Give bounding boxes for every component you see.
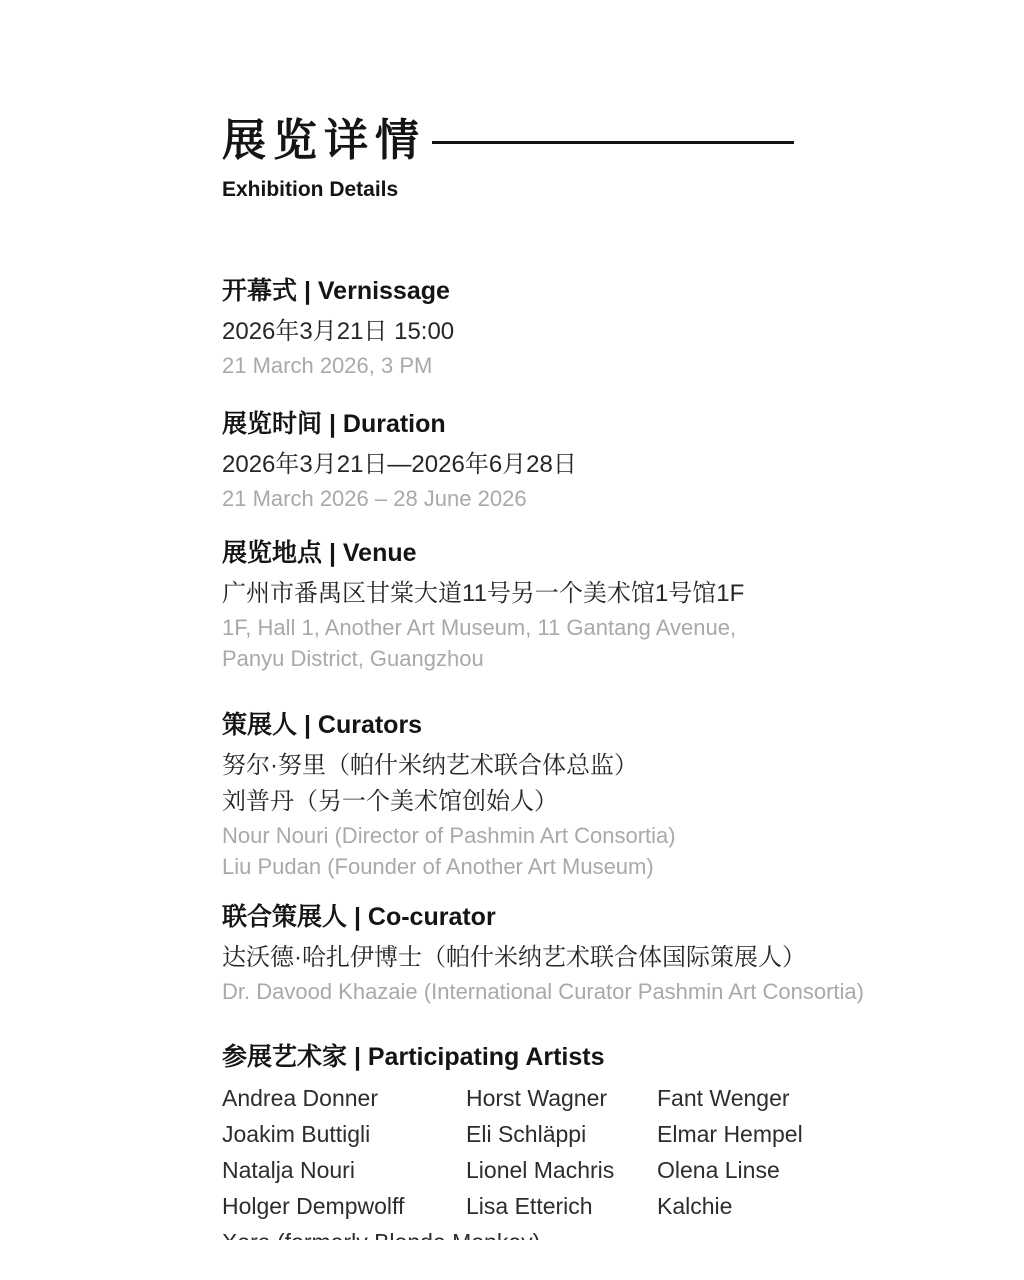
artist-name: Eli Schläppi <box>466 1116 657 1152</box>
venue-address-en-line2: Panyu District, Guangzhou <box>222 643 842 674</box>
title-row: 展览详情 <box>222 118 842 164</box>
content-column: 展览详情 Exhibition Details 开幕式 | Vernissage… <box>222 118 842 1240</box>
section-curators: 策展人 | Curators 努尔·努里（帕什米纳艺术联合体总监） 刘普丹（另一… <box>222 710 842 882</box>
page-title-zh: 展览详情 <box>222 118 426 164</box>
page-header: 展览详情 Exhibition Details <box>222 118 842 202</box>
artist-name-clipped: Xara (formerly Blonde Monkey) <box>222 1224 842 1240</box>
venue-address-en-line1: 1F, Hall 1, Another Art Museum, 11 Ganta… <box>222 612 842 643</box>
section-cocurator: 联合策展人 | Co-curator 达沃德·哈扎伊博士（帕什米纳艺术联合体国际… <box>222 902 842 1007</box>
vernissage-date-zh: 2026年3月21日 15:00 <box>222 314 842 350</box>
venue-address-zh: 广州市番禺区甘棠大道11号另一个美术馆1号馆1F <box>222 576 842 612</box>
artist-name: Andrea Donner <box>222 1080 466 1116</box>
curator-2-zh: 刘普丹（另一个美术馆创始人） <box>222 784 842 820</box>
artist-name: Joakim Buttigli <box>222 1116 466 1152</box>
artist-name: Horst Wagner <box>466 1080 657 1116</box>
vernissage-heading: 开幕式 | Vernissage <box>222 276 842 306</box>
cocurator-zh: 达沃德·哈扎伊博士（帕什米纳艺术联合体国际策展人） <box>222 940 842 976</box>
section-artists: 参展艺术家 | Participating Artists Andrea Don… <box>222 1042 842 1240</box>
artist-name: Natalja Nouri <box>222 1152 466 1188</box>
title-rule <box>432 141 794 144</box>
curators-heading: 策展人 | Curators <box>222 710 842 740</box>
artist-name: Fant Wenger <box>657 1080 842 1116</box>
artist-name: Olena Linse <box>657 1152 842 1188</box>
section-duration: 展览时间 | Duration 2026年3月21日—2026年6月28日 21… <box>222 409 842 514</box>
vernissage-date-en: 21 March 2026, 3 PM <box>222 350 842 381</box>
cocurator-en: Dr. Davood Khazaie (International Curato… <box>222 976 842 1007</box>
venue-heading: 展览地点 | Venue <box>222 538 842 568</box>
duration-dates-en: 21 March 2026 – 28 June 2026 <box>222 483 842 514</box>
curator-1-zh: 努尔·努里（帕什米纳艺术联合体总监） <box>222 748 842 784</box>
artist-name: Elmar Hempel <box>657 1116 842 1152</box>
section-venue: 展览地点 | Venue 广州市番禺区甘棠大道11号另一个美术馆1号馆1F 1F… <box>222 538 842 674</box>
exhibition-details-page: 展览详情 Exhibition Details 开幕式 | Vernissage… <box>0 0 1024 1280</box>
curator-1-en: Nour Nouri (Director of Pashmin Art Cons… <box>222 820 842 851</box>
section-vernissage: 开幕式 | Vernissage 2026年3月21日 15:00 21 Mar… <box>222 276 842 381</box>
duration-heading: 展览时间 | Duration <box>222 409 842 439</box>
curator-2-en: Liu Pudan (Founder of Another Art Museum… <box>222 851 842 882</box>
artists-heading: 参展艺术家 | Participating Artists <box>222 1042 842 1072</box>
artists-grid: Andrea Donner Horst Wagner Fant Wenger J… <box>222 1080 842 1240</box>
duration-dates-zh: 2026年3月21日—2026年6月28日 <box>222 447 842 483</box>
artist-name: Kalchie <box>657 1188 842 1224</box>
cocurator-heading: 联合策展人 | Co-curator <box>222 902 842 932</box>
artist-name: Lisa Etterich <box>466 1188 657 1224</box>
artist-name: Holger Dempwolff <box>222 1188 466 1224</box>
content-clip: 展览详情 Exhibition Details 开幕式 | Vernissage… <box>0 0 1024 1240</box>
page-title-en: Exhibition Details <box>222 178 842 202</box>
artist-name: Lionel Machris <box>466 1152 657 1188</box>
